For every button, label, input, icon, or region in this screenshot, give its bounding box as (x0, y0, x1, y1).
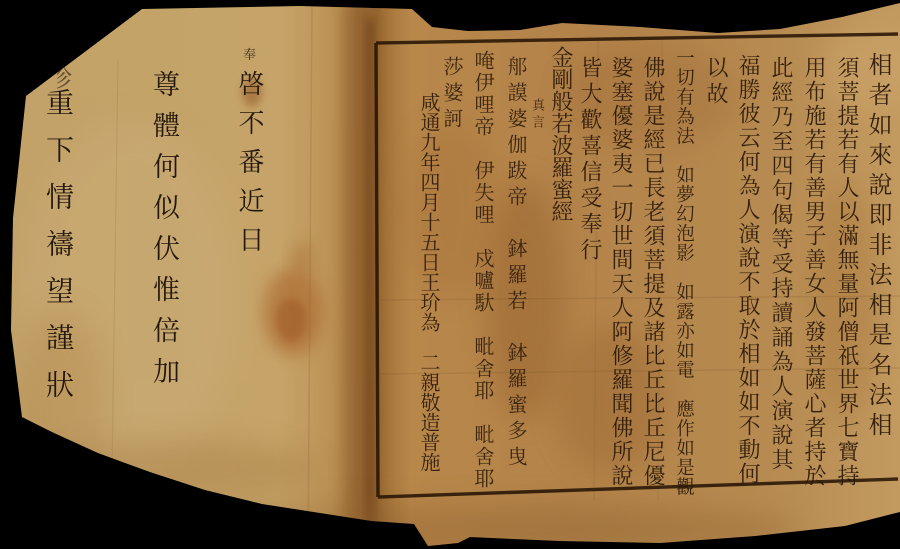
sutra-column: 此經乃至四句偈等受持讀誦為人演說其 (769, 56, 791, 473)
sutra-column: 須菩提若有人以滿無量阿僧祇世界七寶持 (835, 56, 857, 488)
handwritten-small-character: 奉 (243, 44, 256, 63)
letter-column: 啓不番近日 (236, 70, 262, 265)
mantra-column: 莎婆訶 (442, 56, 462, 134)
sutra-column: 佛說是經已長老須菩提及諸比丘比丘尼優 (641, 56, 663, 488)
letter-column: 重下情禱望謹狀 (44, 88, 72, 417)
sutra-column: 相者如來說即非法相是名法相 (866, 52, 890, 442)
sutra-column: 皆大歡喜信受奉行 (578, 56, 600, 264)
sutra-column: 福勝彼云何為人演說不取於相如如不動何 (736, 54, 758, 486)
letter-column: 尊體何似伏惟倍加 (150, 70, 177, 398)
mantra-label-column: 真言 (530, 98, 543, 132)
colophon-date-column: 咸通九年四月十五日王玠為 二親敬造普施 (419, 92, 439, 472)
manuscript-photograph: 相者如來說即非法相是名法相 須菩提若有人以滿無量阿僧祇世界七寶持 用布施若有善男… (0, 0, 900, 549)
mantra-column: 郍謨婆伽跋帝 鉢羅若 鉢羅蜜多曳 (506, 56, 526, 472)
text-layer: 相者如來說即非法相是名法相 須菩提若有人以滿無量阿僧祇世界七寶持 用布施若有善男… (0, 0, 900, 549)
sutra-column: 婆塞優婆夷一切世間天人阿修羅聞佛所說 (609, 56, 631, 488)
sutra-title-column: 金剛般若波羅蜜經 (549, 46, 571, 222)
gatha-verse-column: 一切有為法 如夢幻泡影 如露亦如電 應作如是觀 (674, 48, 693, 497)
sutra-column: 用布施若有善男子善女人發菩薩心者持於 (802, 56, 824, 488)
sutra-column: 以故 (704, 56, 726, 108)
mantra-column: 唵伊哩帝 伊失哩 戍嚧馱 毗舍耶 毗舍耶 (473, 50, 493, 490)
